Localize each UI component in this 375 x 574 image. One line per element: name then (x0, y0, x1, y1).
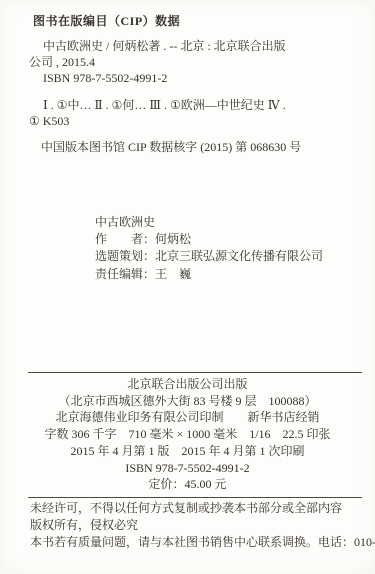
cip-class-line1: Ⅰ . ①中… Ⅱ . ①何… Ⅲ . ①欧洲—中世纪史 Ⅳ . (29, 97, 359, 113)
book-info-block: 中古欧洲史 作 者：何炳松 选题策划：北京三联弘源文化传播有限公司 责任编辑：王… (95, 214, 365, 283)
divider-top (28, 372, 362, 373)
colophon-printer-distributor: 北京海德伟业印务有限公司印制 新华书店经销 (0, 409, 375, 426)
colophon-block: 北京联合出版公司出版 （北京市西城区德外大街 83 号楼 9 层 100088）… (0, 376, 375, 493)
cip-record-number: 中国版本图书馆 CIP 数据核字 (2015) 第 068630 号 (41, 139, 301, 155)
cip-class-line2: ① K503 (29, 113, 359, 129)
book-editor: 责任编辑：王 巍 (95, 266, 365, 283)
copyright-page: 图书在版编目（CIP）数据 中古欧洲史 / 何炳松著 . -- 北京 : 北京联… (0, 0, 375, 574)
cip-entry-line1: 中古欧洲史 / 何炳松著 . -- 北京 : 北京联合出版 (29, 38, 359, 54)
cip-entry-line2: 公司 , 2015.4 (29, 54, 359, 70)
colophon-specs: 字数 306 千字 710 毫米 × 1000 毫米 1/16 22.5 印张 (0, 426, 375, 443)
cip-entry-block: 中古欧洲史 / 何炳松著 . -- 北京 : 北京联合出版 公司 , 2015.… (29, 38, 359, 86)
cip-isbn: ISBN 978-7-5502-4991-2 (29, 70, 359, 86)
colophon-isbn: ISBN 978-7-5502-4991-2 (0, 460, 375, 477)
notice-quality-hotline: 本书若有质量问题，请与本社图书销售中心联系调换。电话：010-84318689 (30, 534, 365, 551)
colophon-publisher: 北京联合出版公司出版 (0, 376, 375, 393)
book-planner: 选题策划：北京三联弘源文化传播有限公司 (95, 248, 365, 265)
divider-bottom (28, 497, 362, 498)
colophon-edition: 2015 年 4 月第 1 版 2015 年 4 月第 1 次印刷 (0, 443, 375, 460)
book-author: 作 者：何炳松 (95, 231, 365, 248)
notice-rights-reserved: 版权所有，侵权必究 (30, 517, 365, 534)
cip-header: 图书在版编目（CIP）数据 (33, 13, 180, 29)
notice-no-copy: 未经许可，不得以任何方式复制或抄袭本书部分或全部内容 (30, 500, 365, 517)
copyright-notices-block: 未经许可，不得以任何方式复制或抄袭本书部分或全部内容 版权所有，侵权必究 本书若… (30, 500, 365, 551)
colophon-price: 定价：45.00 元 (0, 476, 375, 493)
cip-classification-block: Ⅰ . ①中… Ⅱ . ①何… Ⅲ . ①欧洲—中世纪史 Ⅳ . ① K503 (29, 97, 359, 129)
colophon-address: （北京市西城区德外大街 83 号楼 9 层 100088） (0, 393, 375, 410)
book-title: 中古欧洲史 (95, 214, 365, 231)
